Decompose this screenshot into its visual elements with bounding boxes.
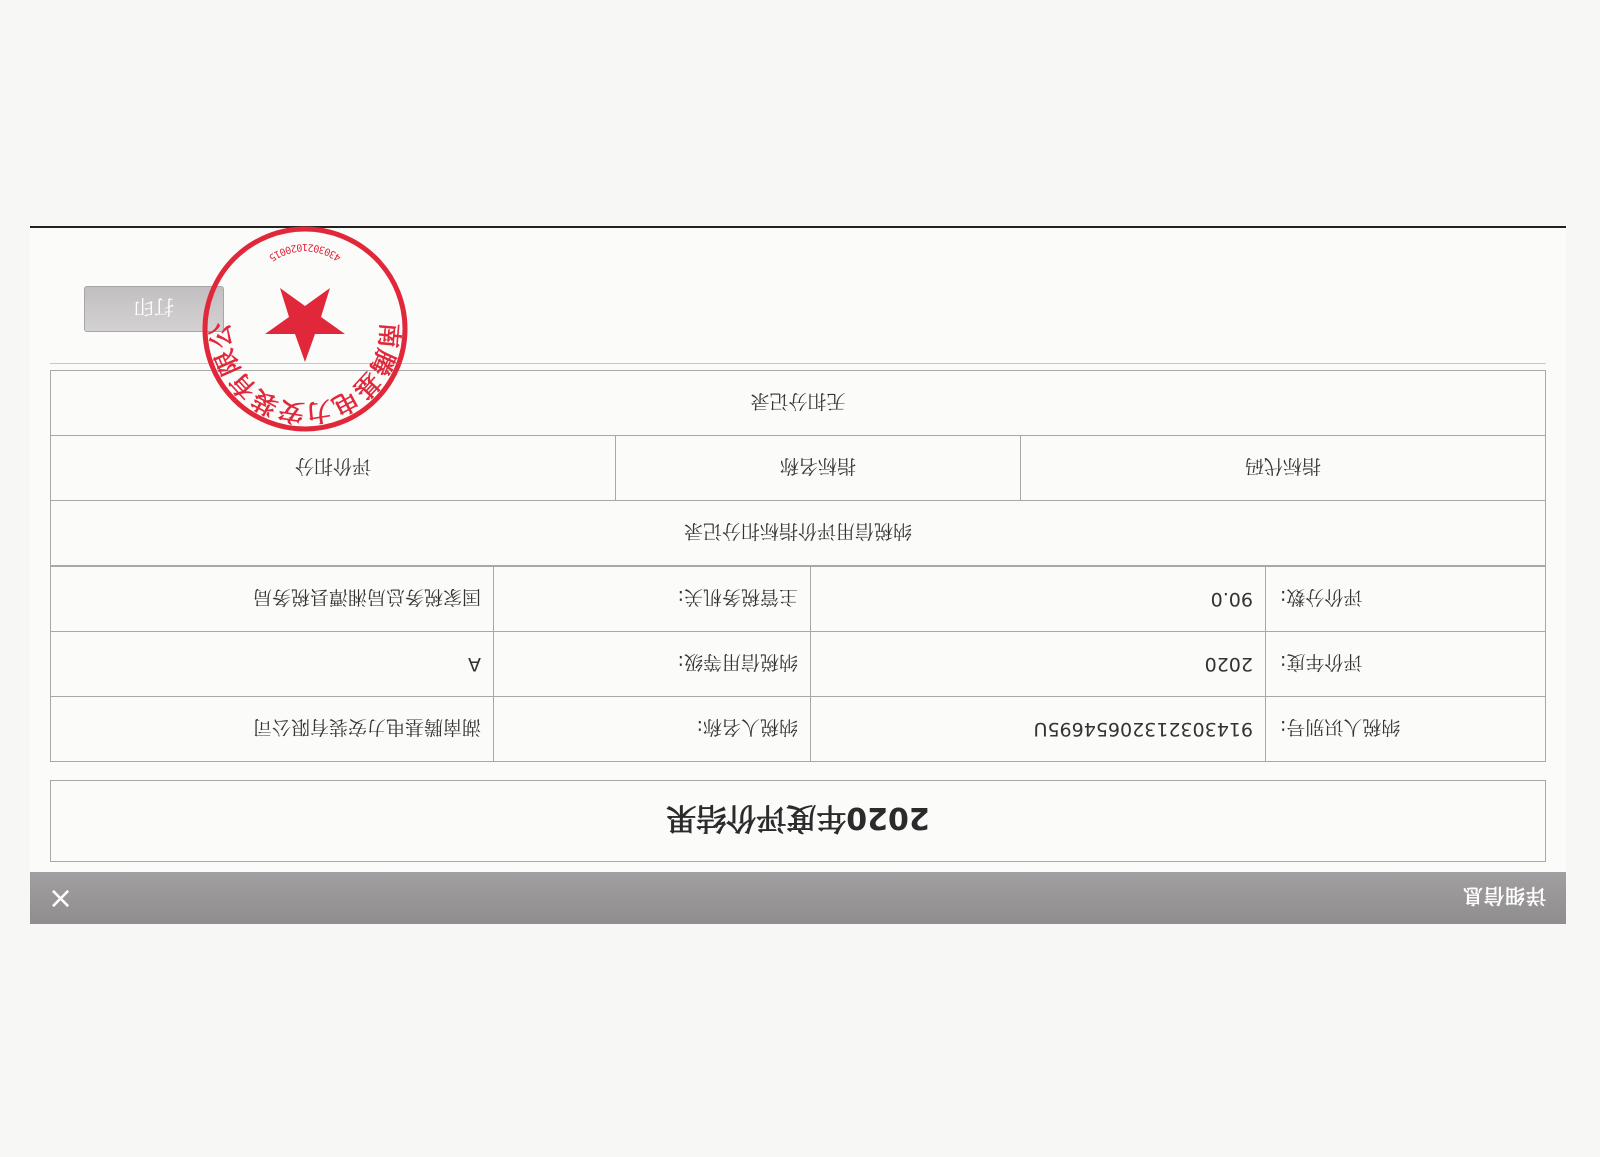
evaluation-table: 纳税人识别号: 91430321320654695U 纳税人名称: 湖南腾基电力… [50,566,1546,762]
column-indicator-code: 指标代码 [1021,436,1546,501]
company-seal-icon: 湖南腾基电力安装有限公司 4303021020015 [200,224,410,434]
label-eval-year: 评价年度: [1266,632,1546,697]
value-eval-score: 90.0 [811,567,1266,632]
dialog-titlebar: 详细信息 × [30,872,1566,924]
table-row: 评价分数: 90.0 主管税务机关: 国家税务总局湘潭县税务局 [51,567,1546,632]
seal-code-text: 4303021020015 [267,241,344,263]
value-taxpayer-id: 91430321320654695U [811,697,1266,762]
value-tax-authority: 国家税务总局湘潭县税务局 [51,567,494,632]
column-indicator-name: 指标名称 [616,436,1021,501]
report-heading: 2020年度评价结果 [50,780,1546,862]
label-taxpayer-id: 纳税人识别号: [1266,697,1546,762]
scanned-sheet: 详细信息 × 2020年度评价结果 纳税人识别号: 91430321320654… [0,0,1600,1156]
deduction-section-title-row: 纳税信用评价指标扣分记录 [51,501,1546,566]
deduction-header-row: 指标代码 指标名称 评价扣分 [51,436,1546,501]
table-row: 纳税人识别号: 91430321320654695U 纳税人名称: 湖南腾基电力… [51,697,1546,762]
label-taxpayer-name: 纳税人名称: [494,697,811,762]
column-deduction-points: 评价扣分 [51,436,616,501]
deduction-section-title: 纳税信用评价指标扣分记录 [51,501,1546,566]
label-eval-score: 评价分数: [1266,567,1546,632]
label-credit-level: 纳税信用等级: [494,632,811,697]
close-icon[interactable]: × [48,883,73,913]
value-eval-year: 2020 [811,632,1266,697]
label-tax-authority: 主管税务机关: [494,567,811,632]
table-row: 评价年度: 2020 纳税信用等级: A [51,632,1546,697]
value-taxpayer-name: 湖南腾基电力安装有限公司 [51,697,494,762]
value-credit-level: A [51,632,494,697]
svg-text:4303021020015: 4303021020015 [267,241,344,263]
dialog-title: 详细信息 [1462,884,1546,913]
